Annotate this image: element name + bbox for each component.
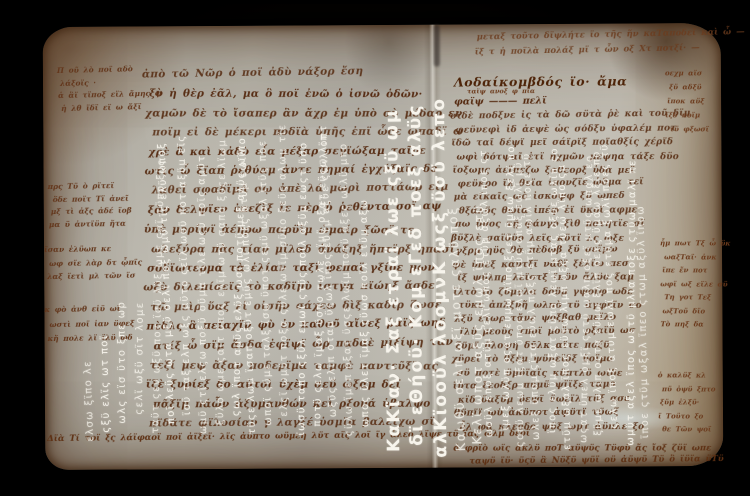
undertext-column: ετϋμ ωξαλ ϊπος εϋτω λϊμπ οξςα τϋεω λϊπο … [557,163,574,450]
undertext-column: ϊποε ςτϋμ ωξαλ ϊπεο ςτωμ αξϋλ ϊποω [636,205,652,439]
undertext-layer: ελσω ξϊπο λεςξϋ ελϊς ωτ ποϊωλς εϊσ ϋτο ξ… [43,23,724,470]
undertext-column-large: δϊ εΘήοϋ· Κομ εΓεδ ποεξ αλϋς [405,103,427,446]
undertext-column: ωλς εϊσ ϋτο ξπε ωρ [117,301,129,424]
undertext-column: ϊσϋ ταξ ελπ ωξς μϋτο ςεϊλ ωσϋ ποτ αξϋμ ε… [177,134,194,415]
undertext-column: ξϋλο ωμε ςαϊτ ϋπος ελϊμ ωτϋ σαπο ξϋςε λϊ… [215,139,228,425]
undertext-column: ελςϊ ωμϋτ ποξα ςϋλε ωτϊμ σϋπο ξεϋς αλωμ … [278,123,291,416]
undertext-column: ελσω ξϊπο λε [82,360,96,442]
undertext-column: ςελϊ ωξϋ σϊτ λομε [134,301,146,414]
undertext-column: ςξϋ ελϊς ωτ ποϊ [99,334,112,432]
undertext-column: ϊωσϋ ταπο ςξϋλ εμωϊ ςτϋς ποϊλ αξϋμ εωςτ … [296,141,309,435]
undertext-column: ςϋλω ϊμεπ οξατ ϋσςε λωϊμ ποτϋ αξες ωϊλϋ … [338,142,355,436]
undertext-column: ωπος ϋλετ ϊμαξ ςϋωσ ποϊλ ετϋμ αξω [359,198,371,427]
undertext-column: ωποϊ ςϋμε ταλξ ϊσω ϋποτ ςεμϋ ωξαλ ϊτϋς π… [258,139,275,425]
undertext-column: ωμϋτ αξελ ϊπος ωετϋ μλϊα ποξε ςτϋω μαλϊ … [625,159,638,445]
manuscript-spread: Λοδαίκομβδός ϊο· ἄμα ταϊψ ανοξ φ πϊα φαϊ… [43,23,724,470]
palimpsest-photo: Λοδαίκομβδός ϊο· ἄμα ταϊψ ανοξ φ πϊα φαϊ… [0,0,750,496]
undertext-column: ωμϋ ςτϊ ελςω ποξϋ σϋμα τϊλε ωςϋ ποϊς αμϋ… [197,154,210,434]
undertext-column-large: ΚαΚϊαν· Σαξ ετραϊ λωε ςξϋ ωμ [382,108,404,452]
